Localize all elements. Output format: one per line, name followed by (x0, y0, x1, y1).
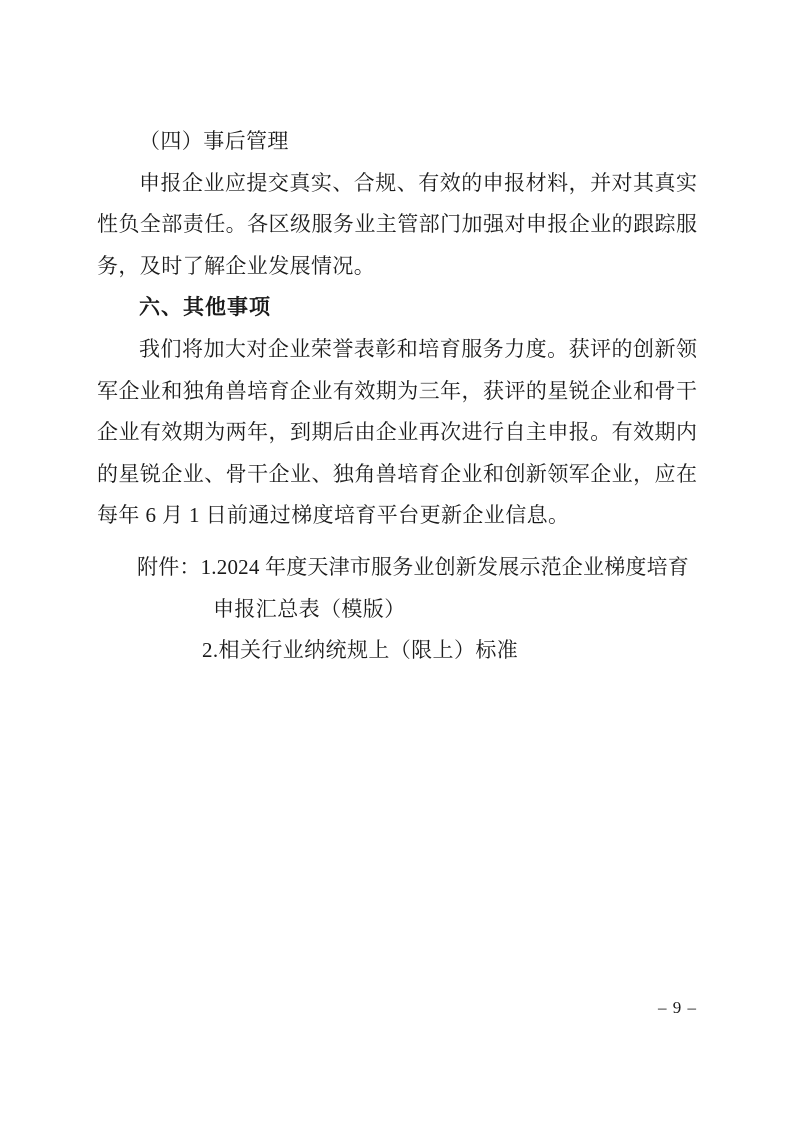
attachment-block: 附件：1.2024 年度天津市服务业创新发展示范企业梯度培育 申报汇总表（模版）… (97, 547, 697, 672)
paragraph-1-line-2: 性负全部责任。各区级服务业主管部门加强对申报企业的跟踪服 (97, 204, 697, 246)
paragraph-2-line-1: 我们将加大对企业荣誉表彰和培育服务力度。获评的创新领 (97, 329, 697, 371)
paragraph-2-line-2: 军企业和独角兽培育企业有效期为三年，获评的星锐企业和骨干 (97, 371, 697, 413)
document-body: （四）事后管理 申报企业应提交真实、合规、有效的申报材料，并对其真实 性负全部责… (97, 121, 697, 672)
paragraph-2-line-5: 每年 6 月 1 日前通过梯度培育平台更新企业信息。 (97, 495, 697, 537)
paragraph-2-line-4: 的星锐企业、骨干企业、独角兽培育企业和创新领军企业，应在 (97, 454, 697, 496)
page-number: – 9 – (658, 996, 697, 1020)
paragraph-2-line-3: 企业有效期为两年，到期后由企业再次进行自主申报。有效期内 (97, 412, 697, 454)
section-heading-four: （四）事后管理 (97, 121, 697, 163)
attachment-line-2: 申报汇总表（模版） (213, 589, 697, 631)
paragraph-1-line-3: 务，及时了解企业发展情况。 (97, 246, 697, 288)
document-page: （四）事后管理 申报企业应提交真实、合规、有效的申报材料，并对其真实 性负全部责… (0, 0, 794, 1123)
attachment-line-3: 2.相关行业纳统规上（限上）标准 (202, 630, 697, 672)
attachment-line-1: 附件：1.2024 年度天津市服务业创新发展示范企业梯度培育 (137, 547, 697, 589)
section-heading-six: 六、其他事项 (97, 287, 697, 329)
paragraph-1-line-1: 申报企业应提交真实、合规、有效的申报材料，并对其真实 (97, 163, 697, 205)
